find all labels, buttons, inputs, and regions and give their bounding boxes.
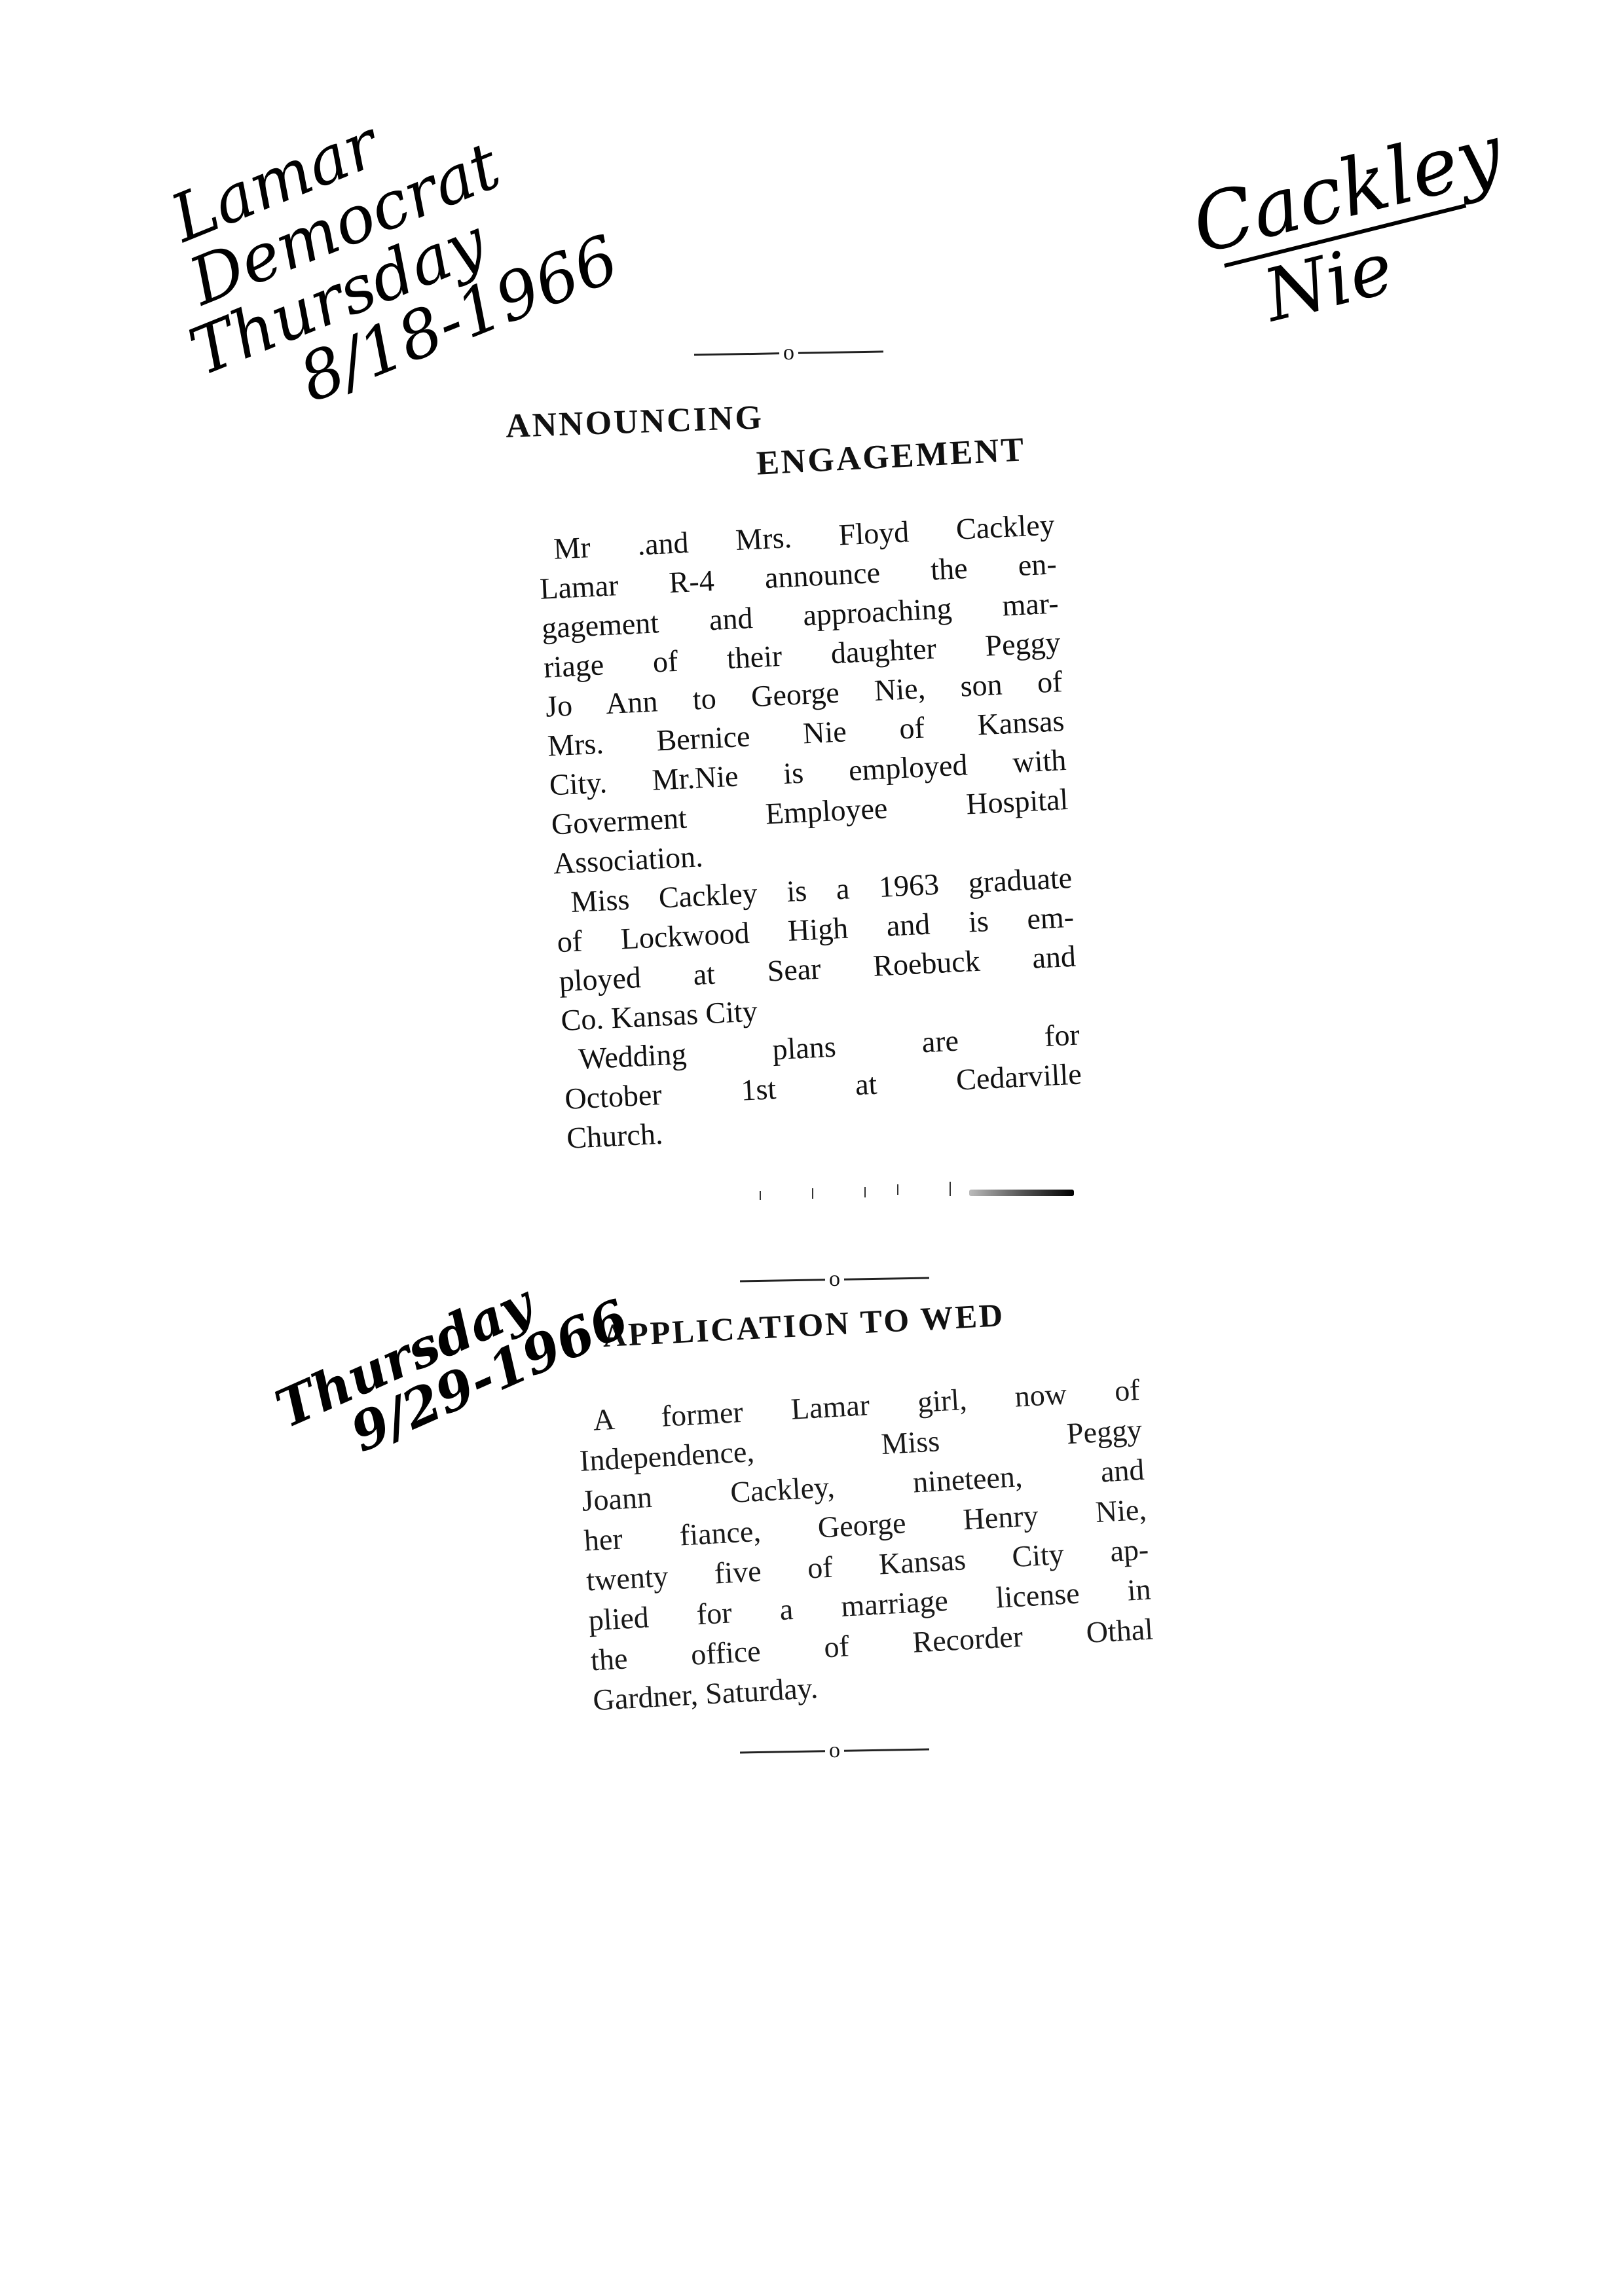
engagement-headline-line1: ANNOUNCING [505, 398, 764, 446]
application-headline: APPLICATION TO WED [602, 1296, 1006, 1355]
separator-glyph: o [829, 1738, 841, 1763]
artifact-mark [950, 1182, 951, 1196]
engagement-headline-line2: ENGAGEMENT [756, 430, 1027, 483]
engagement-article-body: Mr .and Mrs. Floyd Cackley Lamar R-4 ann… [537, 505, 1084, 1157]
section-separator: o [694, 338, 884, 367]
print-artifact [753, 1182, 1080, 1208]
section-separator: o [740, 1265, 930, 1293]
artifact-smudge [969, 1190, 1074, 1196]
separator-glyph: o [783, 340, 795, 365]
separator-glyph: o [829, 1267, 841, 1292]
separator-dash [798, 350, 883, 354]
separator-dash [740, 1279, 825, 1282]
artifact-mark [760, 1191, 761, 1200]
separator-dash [740, 1750, 825, 1753]
application-article-body: A former Lamar girl, now of Independence… [576, 1370, 1156, 1720]
separator-dash [694, 352, 779, 355]
handwritten-note-surnames: Cackley Nie [1185, 114, 1529, 345]
separator-dash [844, 1748, 929, 1751]
separator-dash [844, 1277, 929, 1280]
handwritten-note-newspaper-date: Lamar Democrat Thursday 8/18-1966 [151, 44, 627, 439]
artifact-mark [812, 1188, 813, 1199]
section-separator: o [740, 1736, 930, 1764]
artifact-mark [864, 1187, 866, 1197]
artifact-mark [897, 1184, 898, 1195]
